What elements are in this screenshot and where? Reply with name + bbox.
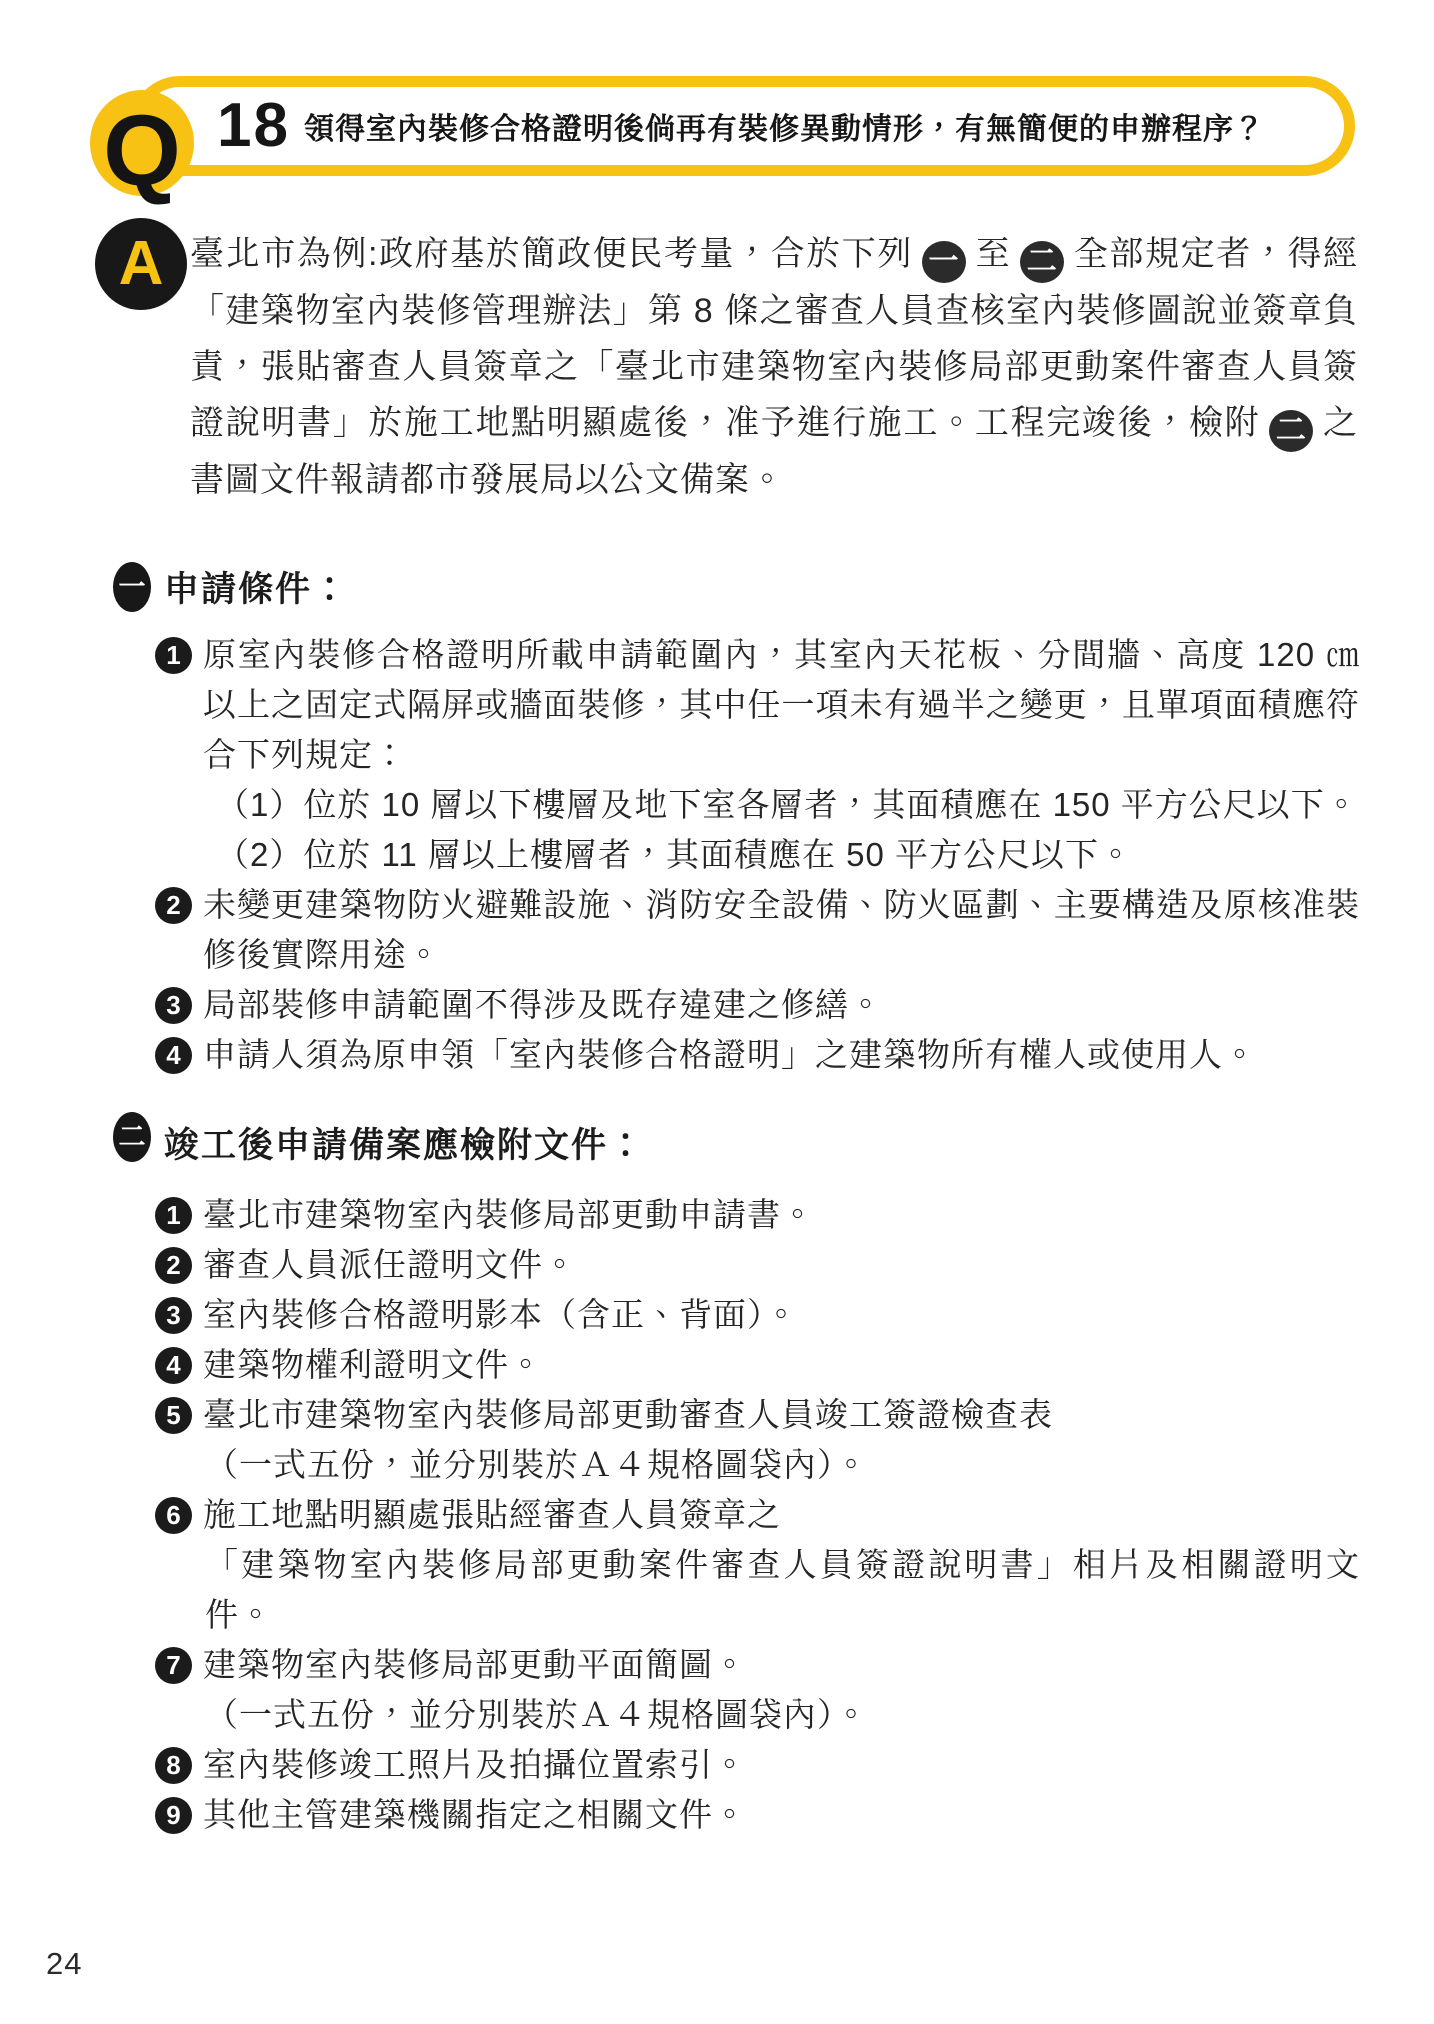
list-item-text: 室內裝修合格證明影本（含正、背面）。	[203, 1290, 1360, 1340]
list-item: 1 原室內裝修合格證明所載申請範圍內，其室內天花板、分間牆、高度 120 ㎝以上…	[155, 630, 1360, 880]
a-letter: A	[119, 233, 164, 295]
list-subitem: （一式五份，並分別裝於Ａ４規格圖袋內）。	[203, 1440, 1360, 1490]
list-subitem: 「建築物室內裝修局部更動案件審查人員簽證說明書」相片及相關證明文件。	[203, 1540, 1360, 1640]
circled-number-icon: 2	[155, 887, 192, 924]
q-letter: Q	[103, 101, 181, 201]
list-item-text: 未變更建築物防火避難設施、消防安全設備、防火區劃、主要構造及原核准裝修後實際用途…	[203, 880, 1360, 980]
list-item: 2 審查人員派任證明文件。	[155, 1240, 1360, 1290]
list-item: 2 未變更建築物防火避難設施、消防安全設備、防火區劃、主要構造及原核准裝修後實際…	[155, 880, 1360, 980]
list-subitem: （1）位於 10 層以下樓層及地下室各層者，其面積應在 150 平方公尺以下。	[203, 780, 1360, 830]
numeral-two-icon: 二	[1269, 410, 1313, 452]
list-item-text: 原室內裝修合格證明所載申請範圍內，其室內天花板、分間牆、高度 120 ㎝以上之固…	[203, 630, 1360, 780]
list-item: 1 臺北市建築物室內裝修局部更動申請書。	[155, 1190, 1360, 1240]
list-item-text: 臺北市建築物室內裝修局部更動審查人員竣工簽證檢查表	[203, 1390, 1360, 1440]
list-item-text: 施工地點明顯處張貼經審查人員簽章之	[203, 1490, 1360, 1540]
circled-number-icon: 1	[155, 637, 192, 674]
circled-number-icon: 9	[155, 1797, 192, 1834]
list-item: 4 建築物權利證明文件。	[155, 1340, 1360, 1390]
question-pill: 18 領得室內裝修合格證明後倘再有裝修異動情形，有無簡便的申辦程序？	[130, 76, 1355, 176]
circled-number-icon: 4	[155, 1037, 192, 1074]
list-item: 6 施工地點明顯處張貼經審查人員簽章之 「建築物室內裝修局部更動案件審查人員簽證…	[155, 1490, 1360, 1640]
answer-paragraph: 臺北市為例:政府基於簡政便民考量，合於下列一至二全部規定者，得經「建築物室內裝修…	[190, 226, 1358, 508]
circled-number-icon: 3	[155, 987, 192, 1024]
list-item: 7 建築物室內裝修局部更動平面簡圖。 （一式五份，並分別裝於Ａ４規格圖袋內）。	[155, 1640, 1360, 1740]
circled-number-icon: 8	[155, 1747, 192, 1784]
list-item-body: 原室內裝修合格證明所載申請範圍內，其室內天花板、分間牆、高度 120 ㎝以上之固…	[203, 630, 1360, 880]
list-item-body: 施工地點明顯處張貼經審查人員簽章之 「建築物室內裝修局部更動案件審查人員簽證說明…	[203, 1490, 1360, 1640]
circled-number-icon: 5	[155, 1397, 192, 1434]
section-two-header: 二 竣工後申請備案應檢附文件：	[113, 1112, 645, 1162]
section-one-title: 申請條件：	[164, 562, 349, 612]
answer-segment: 臺北市為例:政府基於簡政便民考量，合於下列	[190, 235, 913, 273]
numeral-one-icon: 一	[922, 241, 966, 283]
list-item-body: 建築物室內裝修局部更動平面簡圖。 （一式五份，並分別裝於Ａ４規格圖袋內）。	[203, 1640, 1360, 1740]
numeral-one-icon: 一	[113, 562, 151, 612]
circled-number-icon: 7	[155, 1647, 192, 1684]
list-item-text: 審查人員派任證明文件。	[203, 1240, 1360, 1290]
list-item: 3 室內裝修合格證明影本（含正、背面）。	[155, 1290, 1360, 1340]
list-item-text: 其他主管建築機關指定之相關文件。	[203, 1790, 1360, 1840]
section-two-title: 竣工後申請備案應檢附文件：	[164, 1118, 645, 1168]
circled-number-icon: 1	[155, 1197, 192, 1234]
a-badge-icon: A	[95, 218, 187, 310]
question-title: 領得室內裝修合格證明後倘再有裝修異動情形，有無簡便的申辦程序？	[304, 104, 1265, 148]
question-number: 18	[217, 95, 290, 157]
list-item: 9 其他主管建築機關指定之相關文件。	[155, 1790, 1360, 1840]
section-one-list: 1 原室內裝修合格證明所載申請範圍內，其室內天花板、分間牆、高度 120 ㎝以上…	[155, 630, 1360, 1080]
numeral-two-icon: 二	[113, 1112, 151, 1162]
answer-segment: 至	[975, 235, 1011, 273]
circled-number-icon: 4	[155, 1347, 192, 1384]
list-item: 8 室內裝修竣工照片及拍攝位置索引。	[155, 1740, 1360, 1790]
circled-number-icon: 3	[155, 1297, 192, 1334]
list-item-text: 臺北市建築物室內裝修局部更動申請書。	[203, 1190, 1360, 1240]
section-one-header: 一 申請條件：	[113, 562, 349, 612]
list-item-text: 建築物室內裝修局部更動平面簡圖。	[203, 1640, 1360, 1690]
list-item-text: 局部裝修申請範圍不得涉及既存違建之修繕。	[203, 980, 1360, 1030]
list-item-body: 臺北市建築物室內裝修局部更動審查人員竣工簽證檢查表 （一式五份，並分別裝於Ａ４規…	[203, 1390, 1360, 1490]
list-item-text: 申請人須為原申領「室內裝修合格證明」之建築物所有權人或使用人。	[203, 1030, 1360, 1080]
page-number: 24	[46, 1946, 82, 1982]
question-header: 18 領得室內裝修合格證明後倘再有裝修異動情形，有無簡便的申辦程序？ Q	[72, 70, 1355, 186]
list-item-text: 室內裝修竣工照片及拍攝位置索引。	[203, 1740, 1360, 1790]
list-item: 4 申請人須為原申領「室內裝修合格證明」之建築物所有權人或使用人。	[155, 1030, 1360, 1080]
list-subitem: （2）位於 11 層以上樓層者，其面積應在 50 平方公尺以下。	[203, 830, 1360, 880]
list-subitem: （一式五份，並分別裝於Ａ４規格圖袋內）。	[203, 1690, 1360, 1740]
list-item-text: 建築物權利證明文件。	[203, 1340, 1360, 1390]
section-two-list: 1 臺北市建築物室內裝修局部更動申請書。 2 審查人員派任證明文件。 3 室內裝…	[155, 1190, 1360, 1840]
q-badge-icon: Q	[90, 90, 194, 196]
list-item: 5 臺北市建築物室內裝修局部更動審查人員竣工簽證檢查表 （一式五份，並分別裝於Ａ…	[155, 1390, 1360, 1490]
circled-number-icon: 2	[155, 1247, 192, 1284]
circled-number-icon: 6	[155, 1497, 192, 1534]
numeral-two-icon: 二	[1020, 241, 1064, 283]
list-item: 3 局部裝修申請範圍不得涉及既存違建之修繕。	[155, 980, 1360, 1030]
